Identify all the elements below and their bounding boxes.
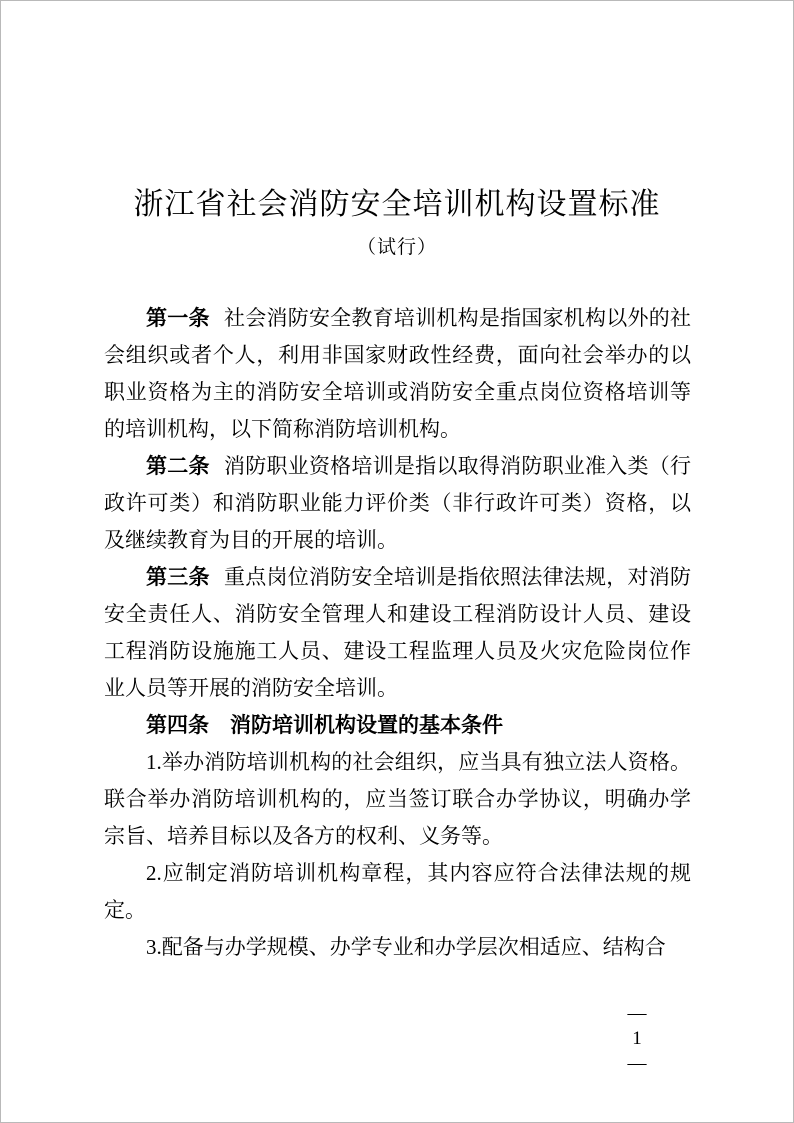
item-2-text: 2.应制定消防培训机构章程，其内容应符合法律法规的规定。 [104,861,691,922]
page-number-block: — 1 — [612,1001,662,1076]
page-number-value: 1 [632,1026,642,1051]
article-3-label: 第三条 [146,565,210,589]
document-subtitle: （试行） [1,232,793,259]
item-3-text: 3.配备与办学规模、办学专业和办学层次相适应、结构合 [146,935,666,959]
article-1-label: 第一条 [146,306,210,330]
item-1-text: 1.举办消防培训机构的社会组织，应当具有独立法人资格。联合举办消防培训机构的，应… [104,750,691,848]
document-page: 浙江省社会消防安全培训机构设置标准 （试行） 第一条社会消防安全教育培训机构是指… [0,0,794,1123]
article-4-heading-text: 消防培训机构设置的基本条件 [230,713,503,737]
paragraph-item-3: 3.配备与办学规模、办学专业和办学层次相适应、结构合 [104,929,691,966]
document-body: 第一条社会消防安全教育培训机构是指国家机构以外的社会组织或者个人，利用非国家财政… [104,300,691,966]
paragraph-article-1: 第一条社会消防安全教育培训机构是指国家机构以外的社会组织或者个人，利用非国家财政… [104,300,691,448]
document-title: 浙江省社会消防安全培训机构设置标准 [1,179,793,223]
paragraph-item-2: 2.应制定消防培训机构章程，其内容应符合法律法规的规定。 [104,855,691,929]
paragraph-article-2: 第二条消防职业资格培训是指以取得消防职业准入类（行政许可类）和消防职业能力评价类… [104,448,691,559]
paragraph-item-1: 1.举办消防培训机构的社会组织，应当具有独立法人资格。联合举办消防培训机构的，应… [104,744,691,855]
paragraph-article-4-heading: 第四条消防培训机构设置的基本条件 [104,707,691,744]
page-number-dash-top: — [628,1001,647,1026]
paragraph-article-3: 第三条重点岗位消防安全培训是指依照法律法规，对消防安全责任人、消防安全管理人和建… [104,559,691,707]
article-2-label: 第二条 [146,454,210,478]
page-number-dash-bottom: — [628,1051,647,1076]
article-4-label: 第四条 [146,713,209,737]
